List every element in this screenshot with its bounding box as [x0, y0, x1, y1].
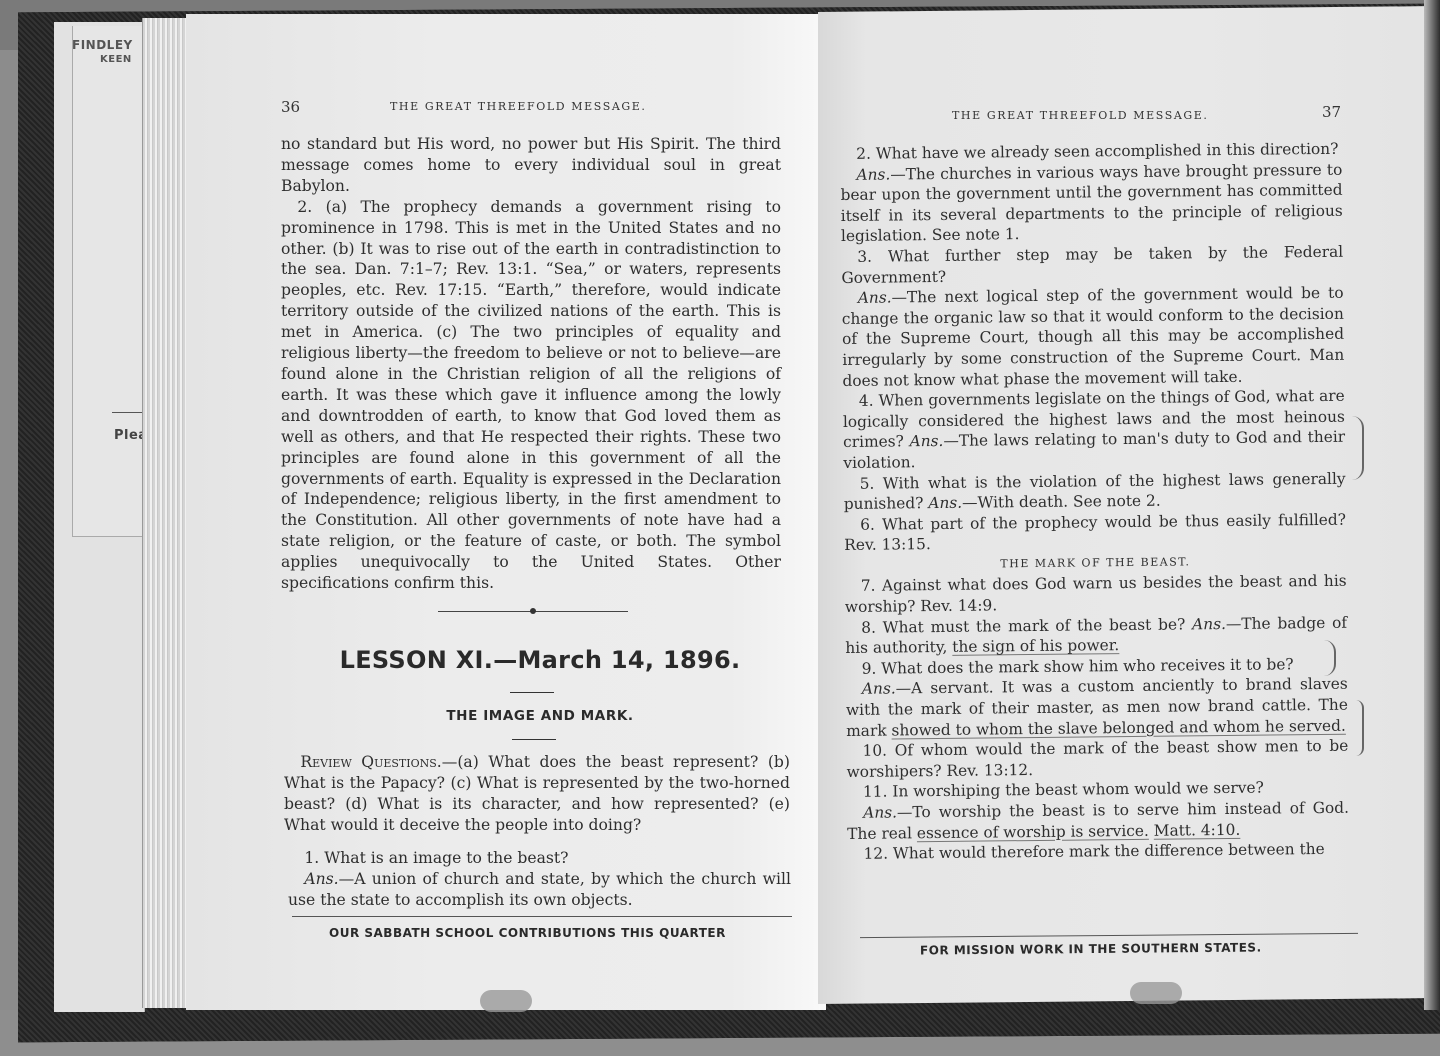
card-stamp-line1: FINDLEY — [72, 38, 133, 52]
answer-1: —A union of church and state, by which t… — [288, 870, 791, 909]
question-3: 3. What further step may be taken by the… — [841, 242, 1343, 288]
tape-mark-left — [480, 990, 532, 1012]
lesson-title: LESSON XI.—March 14, 1896. — [290, 646, 790, 674]
ornament-dot — [530, 608, 536, 614]
right-running-head: THE GREAT THREEFOLD MESSAGE. — [952, 109, 1209, 122]
answer-11-underlined: essence of worship is service. — [917, 821, 1149, 841]
title-rule-bottom — [512, 739, 556, 740]
answer-label: Ans. — [304, 870, 338, 888]
left-body: no standard but His word, no power but H… — [281, 134, 781, 594]
library-card — [72, 26, 147, 537]
question-1: 1. What is an image to the beast? — [288, 848, 791, 869]
answer-11-reference: Matt. 4:10. — [1154, 820, 1241, 839]
card-stamp-line2: KEEN — [100, 54, 132, 65]
page-stack-edge — [142, 18, 189, 1008]
question-1-block: 1. What is an image to the beast? Ans.—A… — [288, 848, 791, 911]
answer-label: Ans. — [863, 803, 897, 821]
answer-3: —The next logical step of the government… — [842, 284, 1345, 390]
review-questions: Review Questions.—(a) What does the beas… — [284, 752, 790, 836]
title-rule-top — [510, 692, 554, 693]
left-running-head: THE GREAT THREEFOLD MESSAGE. — [390, 100, 647, 113]
question-7: 7. Against what does God warn us besides… — [845, 571, 1347, 617]
answer-label: Ans. — [928, 494, 962, 512]
left-footer-banner: OUR SABBATH SCHOOL CONTRIBUTIONS THIS QU… — [329, 926, 726, 940]
answer-5: —With death. See note 2. — [962, 492, 1161, 512]
left-page-number: 36 — [281, 98, 300, 116]
answer-label: Ans. — [1192, 615, 1226, 633]
review-label: Review Questions. — [300, 753, 441, 771]
answer-label: Ans. — [862, 680, 896, 698]
right-page-number: 37 — [1322, 103, 1341, 121]
answer-label: Ans. — [909, 432, 943, 450]
answer-label: Ans. — [856, 165, 890, 183]
lesson-subtitle: THE IMAGE AND MARK. — [290, 708, 790, 724]
tape-mark-right — [1130, 982, 1182, 1004]
right-body: 2. What have we already seen accomplishe… — [840, 139, 1350, 865]
paragraph-continuation: no standard but His word, no power but H… — [281, 134, 781, 197]
left-footer-rule — [292, 916, 792, 917]
question-6: 6. What part of the prophecy would be th… — [844, 509, 1346, 555]
right-footer-banner: FOR MISSION WORK IN THE SOUTHERN STATES. — [920, 941, 1262, 958]
right-cover-edge — [1424, 0, 1440, 1010]
pencil-bracket-q4 — [1352, 416, 1364, 480]
pencil-bracket-q9 — [1356, 700, 1364, 756]
paragraph-2: 2. (a) The prophecy demands a government… — [281, 197, 781, 594]
question-10: 10. Of whom would the mark of the beast … — [846, 736, 1348, 782]
pencil-bracket-q8 — [1310, 640, 1336, 676]
question-8: 8. What must the mark of the beast be? — [861, 615, 1185, 636]
answer-label: Ans. — [858, 289, 892, 307]
answer-8-underlined: the sign of his power. — [952, 636, 1119, 656]
card-rule — [112, 412, 146, 413]
answer-2: —The churches in various ways have broug… — [840, 160, 1342, 245]
